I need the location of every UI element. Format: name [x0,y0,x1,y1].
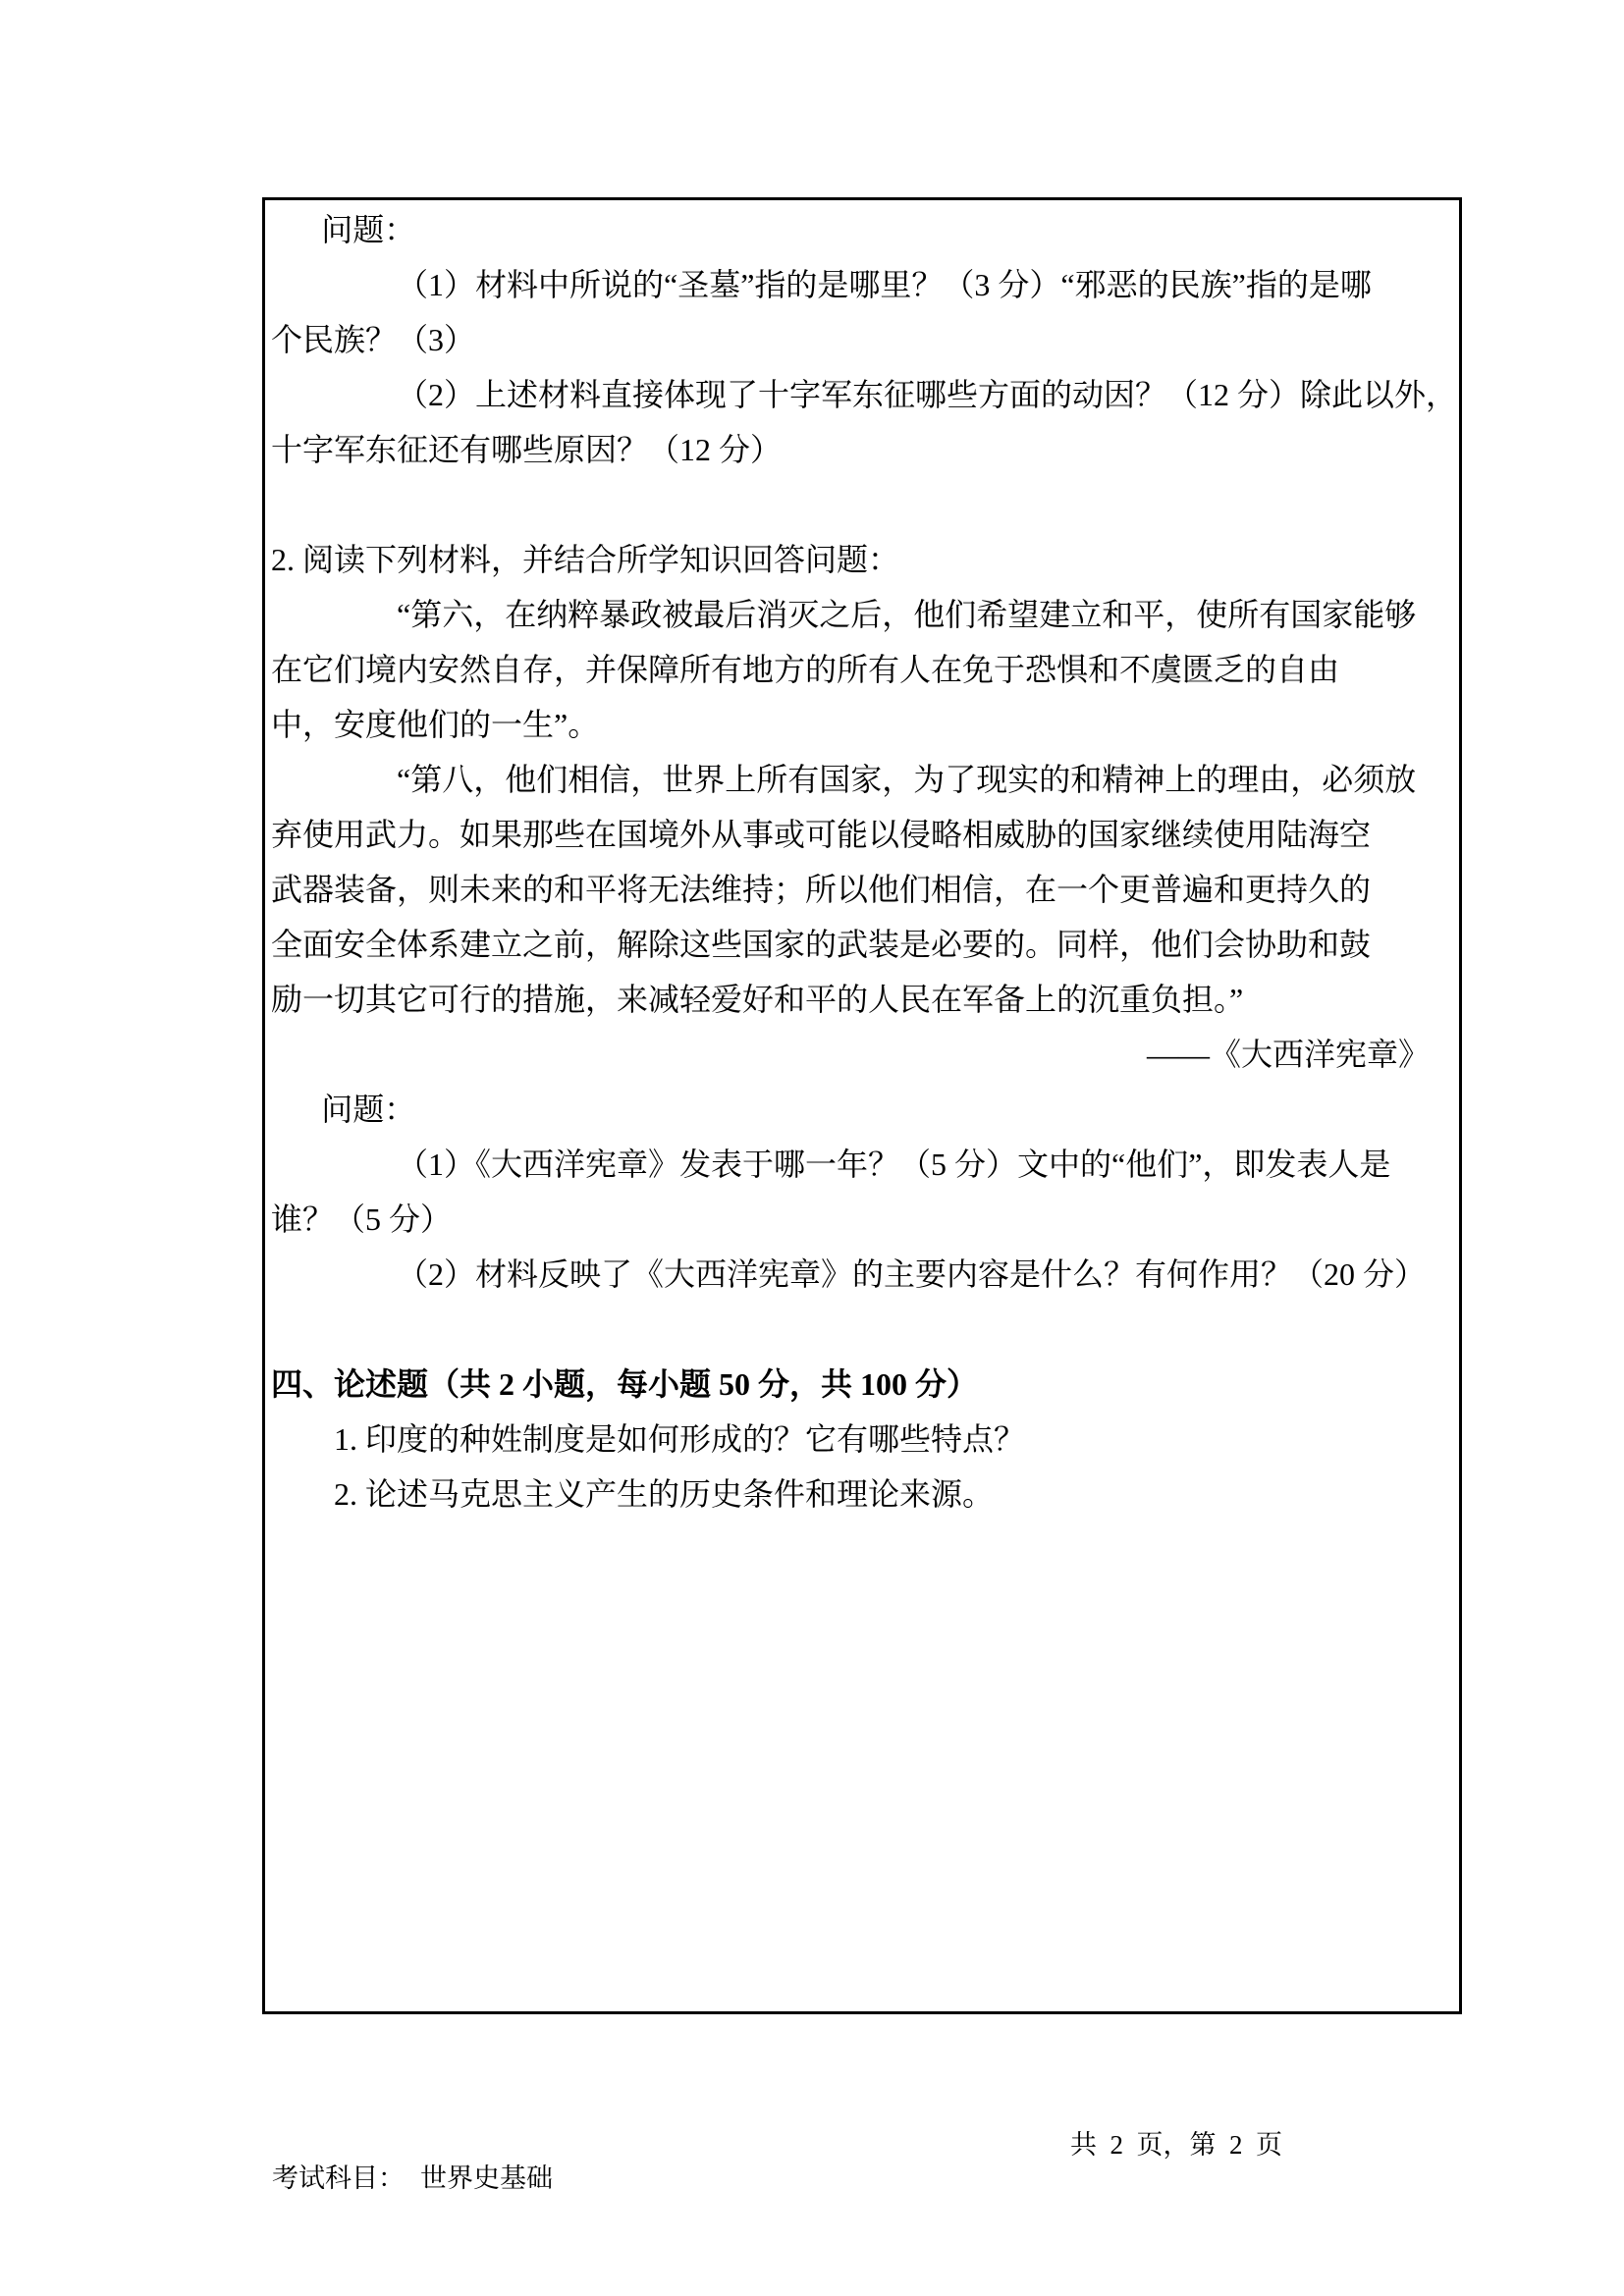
blank-line [271,1302,1453,1357]
quote-sixth-line2: 在它们境内安然自存，并保障所有地方的所有人在免于恐惧和不虞匮乏的自由 [271,642,1453,697]
quote-eighth-line4: 全面安全体系建立之前，解除这些国家的武装是必要的。同样，他们会协助和鼓 [271,917,1453,972]
question-1-sub2-line2: 十字军东征还有哪些原因？（12 分） [271,422,1453,477]
questions-label-2: 问题： [271,1082,1453,1137]
question-1-sub1-line1: （1）材料中所说的“圣墓”指的是哪里？（3 分）“邪恶的民族”指的是哪 [271,257,1453,312]
blank-line [271,477,1453,532]
footer-subject: 考试科目：世界史基础 [245,2128,553,2228]
question-1-sub1-line2: 个民族？（3） [271,312,1453,367]
quote-eighth-line3: 武器装备，则未来的和平将无法维持；所以他们相信，在一个更普遍和更持久的 [271,862,1453,917]
exam-page: 问题： （1）材料中所说的“圣墓”指的是哪里？（3 分）“邪恶的民族”指的是哪 … [0,0,1624,2296]
footer-page-info: 共 2 页，第 2 页 [1070,2128,1282,2162]
quote-eighth-line5: 励一切其它可行的措施，来减轻爱好和平的人民在军备上的沉重负担。” [271,972,1453,1027]
quote-eighth-line2: 弃使用武力。如果那些在国境外从事或可能以侵略相威胁的国家继续使用陆海空 [271,807,1453,862]
questions-label-1: 问题： [271,202,1453,257]
quote-eighth-line1: “第八，他们相信，世界上所有国家，为了现实的和精神上的理由，必须放 [271,752,1453,807]
section-4-heading: 四、论述题（共 2 小题，每小题 50 分，共 100 分） [271,1357,1453,1412]
footer-subject-label: 考试科目： [272,2163,405,2193]
page-border-frame: 问题： （1）材料中所说的“圣墓”指的是哪里？（3 分）“邪恶的民族”指的是哪 … [262,197,1462,2014]
quote-sixth-line3: 中，安度他们的一生”。 [271,697,1453,752]
question-2-sub1-line1: （1）《大西洋宪章》发表于哪一年？（5 分）文中的“他们”，即发表人是 [271,1137,1453,1192]
exam-body: 问题： （1）材料中所说的“圣墓”指的是哪里？（3 分）“邪恶的民族”指的是哪 … [271,202,1453,1522]
question-2-sub1-line2: 谁？（5 分） [271,1192,1453,1247]
question-2-sub2: （2）材料反映了《大西洋宪章》的主要内容是什么？有何作用？（20 分） [271,1247,1453,1302]
footer-subject-value: 世界史基础 [420,2163,553,2193]
quote-sixth-line1: “第六，在纳粹暴政被最后消灭之后，他们希望建立和平，使所有国家能够 [271,587,1453,642]
essay-question-2: 2. 论述马克思主义产生的历史条件和理论来源。 [271,1467,1453,1522]
question-1-sub2-line1: （2）上述材料直接体现了十字军东征哪些方面的动因？（12 分）除此以外， [271,367,1453,422]
material-question-2-intro: 2. 阅读下列材料，并结合所学知识回答问题： [271,532,1453,587]
source-attribution: ——《大西洋宪章》 [271,1027,1453,1082]
essay-question-1: 1. 印度的种姓制度是如何形成的？它有哪些特点？ [271,1412,1453,1467]
